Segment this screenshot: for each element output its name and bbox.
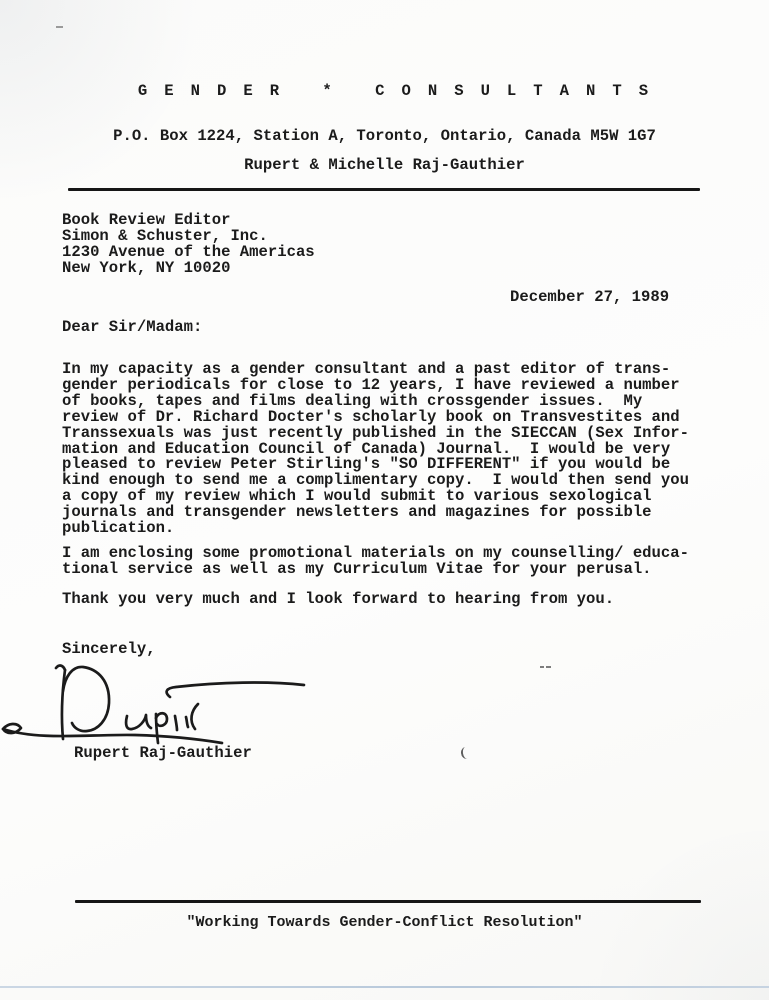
recipient-address: Book Review Editor Simon & Schuster, Inc… — [62, 213, 315, 277]
letter-page: GENDER * CONSULTANTS P.O. Box 1224, Stat… — [0, 0, 769, 1000]
letterhead-address: P.O. Box 1224, Station A, Toronto, Ontar… — [0, 127, 769, 145]
scan-artifact — [540, 666, 551, 668]
body-paragraph-2: I am enclosing some promotional material… — [62, 546, 689, 578]
scan-artifact — [56, 26, 63, 28]
signature-scrawl — [0, 655, 330, 755]
page-edge-shadow — [0, 986, 769, 988]
salutation: Dear Sir/Madam: — [62, 318, 202, 336]
body-paragraph-3: Thank you very much and I look forward t… — [62, 592, 614, 608]
letter-date: December 27, 1989 — [510, 288, 669, 306]
company-name: GENDER * CONSULTANTS — [0, 82, 769, 100]
body-paragraph-1: In my capacity as a gender consultant an… — [62, 362, 689, 537]
signer-name: Rupert Raj-Gauthier — [74, 744, 252, 762]
footer-motto: "Working Towards Gender-Conflict Resolut… — [0, 914, 769, 931]
letterhead-names: Rupert & Michelle Raj-Gauthier — [0, 156, 769, 174]
scan-artifact — [460, 746, 471, 759]
footer-divider — [75, 900, 701, 903]
letterhead-divider — [68, 188, 700, 191]
